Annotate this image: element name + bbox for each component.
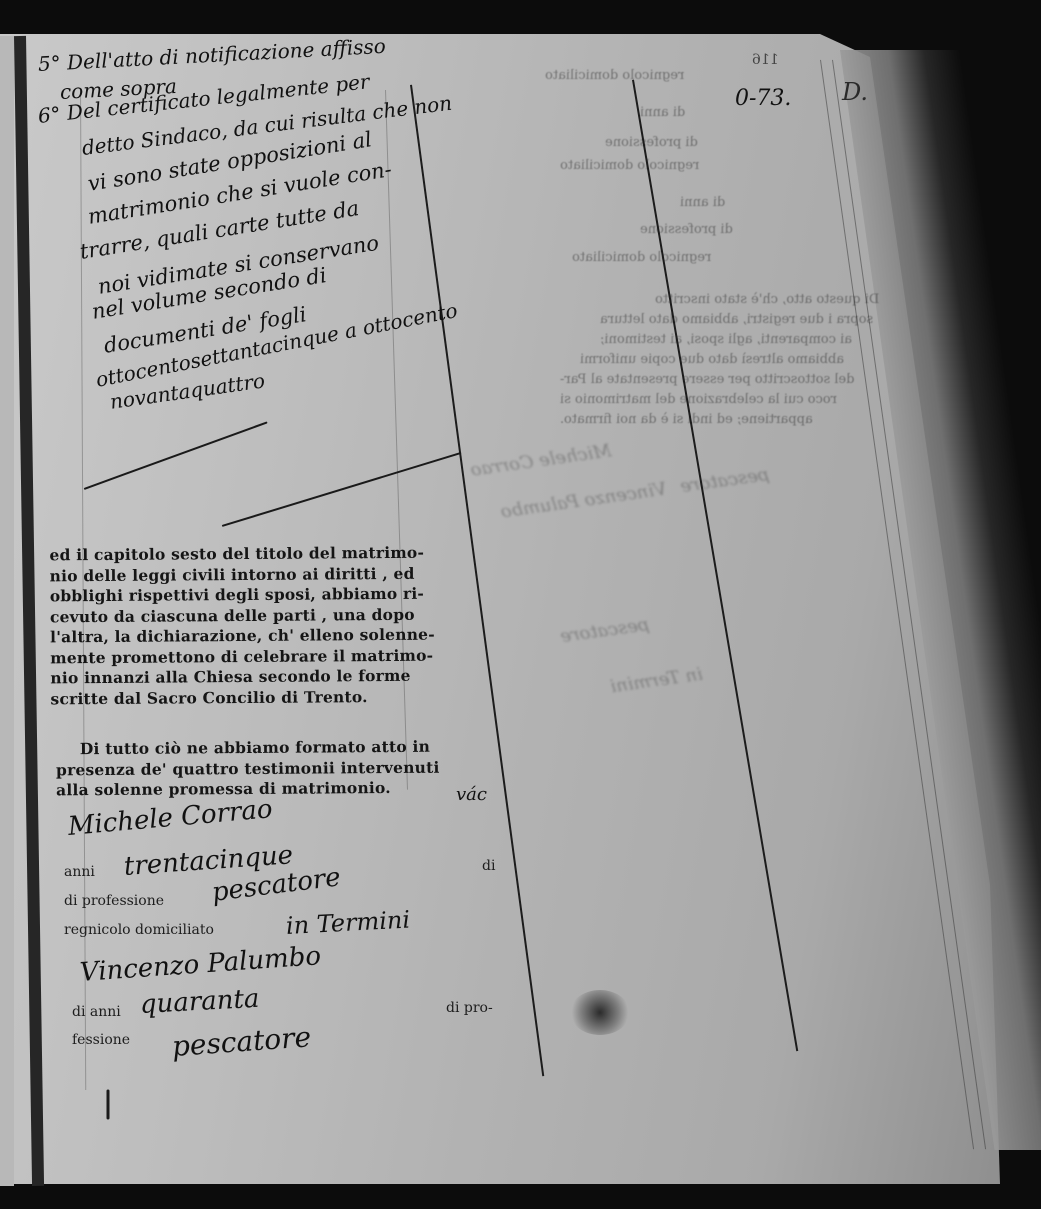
- printed-line: nio innanzi alla Chiesa secondo le forme: [50, 666, 435, 689]
- bleed-through-text: ai comparenti, agli sposi, ai testimoni;: [600, 332, 852, 347]
- printed-line: presenza de' quattro testimonii interven…: [56, 757, 440, 780]
- bleed-through-text: regnicolo domiciliato: [572, 250, 711, 265]
- bleed-through-text: di anni: [680, 195, 725, 210]
- printed-paragraph: Di tutto ciò ne abbiamo formato atto in …: [56, 737, 440, 801]
- marginal-annotation: 0-73.: [735, 86, 791, 111]
- bleed-through-text: regnicolo domiciliato: [545, 68, 684, 83]
- profession-label: fessione: [72, 1032, 130, 1048]
- printed-line: ed il capitolo sesto del titolo del matr…: [49, 543, 434, 566]
- bleed-through-text: sopra i due registri, abbiamo dato lettu…: [600, 312, 873, 327]
- profession-label: di professione: [64, 893, 164, 909]
- bleed-through-text: roco cui la celebrazione del matrimonio …: [560, 392, 837, 407]
- bleed-through-text: di anni: [640, 105, 685, 120]
- age-label: anni: [64, 864, 95, 880]
- profession-label: di pro-: [446, 1000, 493, 1016]
- page-edge-mark: D.: [842, 78, 868, 106]
- bleed-through-text: del sottoscritto per essere presentate a…: [560, 372, 855, 387]
- printed-paragraph: ed il capitolo sesto del titolo del matr…: [49, 543, 435, 710]
- trailing-label: di: [482, 858, 495, 874]
- printed-line: nio delle leggi civili intorno ai diritt…: [50, 563, 435, 586]
- printed-line: scritte dal Sacro Concilio di Trento.: [50, 686, 435, 709]
- bleed-through-text: di professione: [640, 222, 733, 237]
- document-photo: regnicolo domiciliato di anni di profess…: [0, 0, 1041, 1209]
- domicile-label: regnicolo domiciliato: [64, 922, 214, 938]
- printed-line: mente promettono di celebrare il matrimo…: [50, 645, 435, 668]
- ink-stain: [570, 990, 630, 1035]
- bleed-through-text: regnicolo domiciliato: [560, 158, 699, 173]
- handwritten-fill: vác: [456, 784, 487, 805]
- printed-line: obblighi rispettivi degli sposi, abbiamo…: [50, 584, 435, 607]
- pen-mark: [107, 1090, 110, 1120]
- bleed-through-text: di professione: [605, 135, 698, 150]
- previous-page-edge: [0, 36, 14, 1186]
- folio-number: 116: [752, 52, 779, 68]
- printed-line: l'altra, la dichiarazione, ch' elleno so…: [50, 625, 435, 648]
- witness-2-age: quaranta: [139, 984, 260, 1020]
- printed-line: cevuto da ciascuna delle parti , una dop…: [50, 604, 435, 627]
- bleed-through-text: appartiene; ed indi si è da noi firmato.: [560, 412, 813, 427]
- bleed-through-text: abbiamo altresì dato due copie uniformi: [580, 352, 844, 367]
- age-label: di anni: [72, 1004, 121, 1020]
- printed-line: Di tutto ciò ne abbiamo formato atto in: [56, 737, 440, 760]
- bleed-through-text: Di questo atto, ch'è stato inscritto: [655, 292, 879, 307]
